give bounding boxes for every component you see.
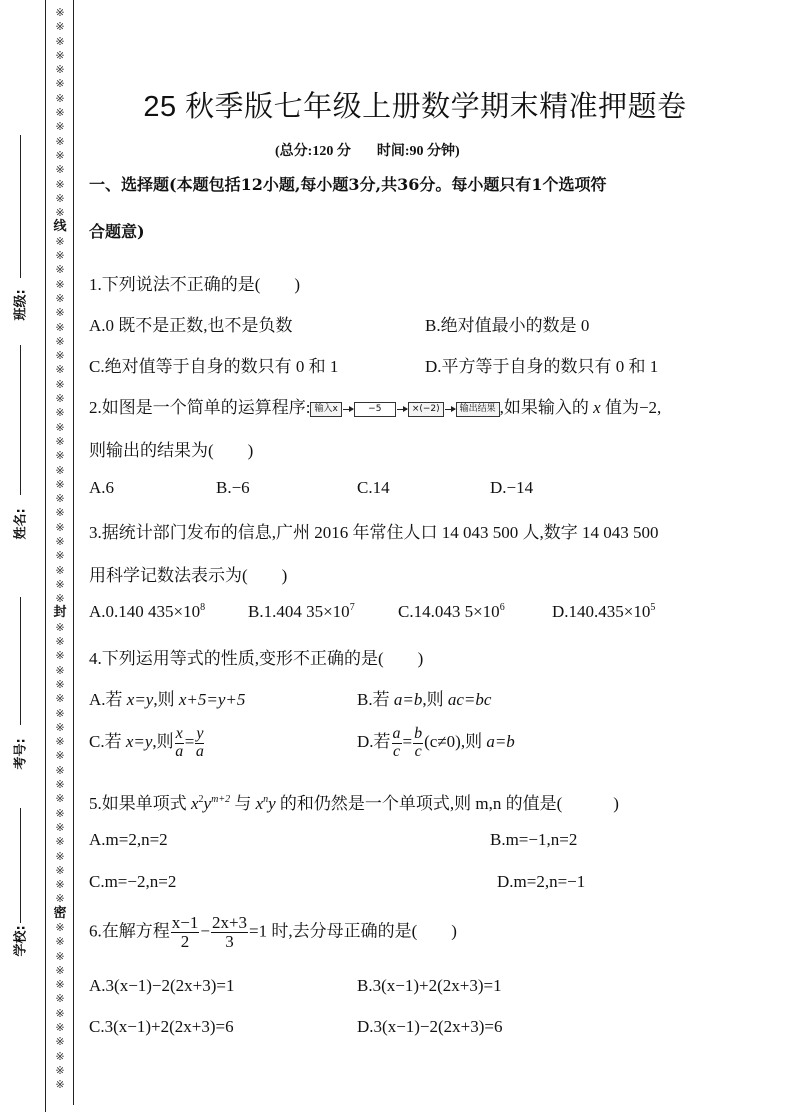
reference-mark-icon: ※ [51,978,69,992]
field-label-name: 姓名: [10,510,29,540]
flow-input-box: 输入x [310,402,341,417]
q6-stem-pre: 6.在解方程 [89,921,170,940]
q5-option-a: A.m=2,n=2 [89,830,168,850]
q4-c-prefix: C.若 [89,732,126,751]
field-label-school: 学校: [10,927,29,957]
reference-mark-icon: ※ [51,464,69,478]
q4-a-prefix: A.若 [89,690,127,709]
reference-mark-icon: ※ [51,892,69,906]
q4-b-mid: ,则 [422,690,448,709]
reference-mark-icon: ※ [51,778,69,792]
reference-mark-icon: ※ [51,278,69,292]
reference-mark-icon: ※ [51,135,69,149]
reference-mark-icon: ※ [51,592,69,606]
reference-mark-icon: ※ [51,149,69,163]
q4-d-prefix: D.若 [357,732,391,751]
seal-word: 线 [51,220,69,234]
reference-mark-icon: ※ [51,1050,69,1064]
field-label-examno: 考号: [10,740,29,770]
q5-option-d: D.m=2,n=−1 [497,872,585,892]
q4-a-cond: x=y [127,690,154,709]
q4-d-fraction-2: bc [413,726,423,761]
q2-stem-text-3: 值为−2, [601,398,662,417]
reference-mark-icon: ※ [51,363,69,377]
q4-d-cond: (c≠0) [424,732,461,751]
reference-mark-icon: ※ [51,749,69,763]
reference-mark-icon: ※ [51,249,69,263]
total-score: (总分:120 分 [275,144,351,159]
reference-mark-icon: ※ [51,49,69,63]
reference-mark-icon: ※ [51,707,69,721]
seal-word: 封 [51,606,69,620]
reference-mark-icon: ※ [51,378,69,392]
q4-b-result: ac=bc [448,690,492,709]
q1-option-b: B.绝对值最小的数是 0 [425,311,589,336]
q2-option-d: D.−14 [490,478,533,498]
q5-option-c: C.m=−2,n=2 [89,872,176,892]
q2-option-a: A.6 [89,478,114,498]
q3-a-exp: 8 [200,602,205,613]
q4-d-fraction-1: ac [392,726,402,761]
reference-mark-icon: ※ [51,435,69,449]
reference-mark-icon: ※ [51,864,69,878]
reference-mark-icon: ※ [51,950,69,964]
q3-option-d: D.140.435×105 [552,602,655,622]
q5-term1-exp2: m+2 [211,794,230,805]
reference-mark-icon: ※ [51,292,69,306]
q5-stem-pre: 5.如果单项式 [89,794,191,813]
reference-mark-icon: ※ [51,621,69,635]
q6-op: − [200,921,210,940]
reference-mark-icon: ※ [51,235,69,249]
q4-option-d: D.若ac=bc(c≠0),则 a=b [357,726,515,761]
q4-c-mid: ,则 [152,732,173,751]
q4-d-eq: = [403,732,413,751]
operation-flowchart: 输入x −5 ×(−2) 输出结果 [310,401,499,417]
q5-term2-y: y [268,794,276,813]
q4-option-b: B.若 a=b,则 ac=bc [357,685,491,710]
reference-mark-icon: ※ [51,921,69,935]
q3-a-text: A.0.140 435×10 [89,602,200,621]
reference-mark-icon: ※ [51,421,69,435]
field-underline-school [20,808,21,923]
page-title: 25 秋季版七年级上册数学期末精准押题卷 [0,84,790,125]
reference-mark-icon: ※ [51,392,69,406]
q2-option-c: C.14 [357,478,390,498]
q6-fraction-2: 2x+33 [211,914,248,951]
q6-option-c: C.3(x−1)+2(2x+3)=6 [89,1017,234,1037]
q4-a-result: x+5=y+5 [179,690,246,709]
q5-term1-y: y [204,794,212,813]
reference-mark-icon: ※ [51,178,69,192]
reference-mark-icon: ※ [51,535,69,549]
q3-c-exp: 6 [500,602,505,613]
question-2-stem: 2.如图是一个简单的运算程序: 输入x −5 ×(−2) 输出结果 ,如果输入的… [89,393,661,418]
reference-mark-icon: ※ [51,521,69,535]
question-5-stem: 5.如果单项式 x2ym+2 与 xny 的和仍然是一个单项式,则 m,n 的值… [89,789,619,814]
field-underline-examno [20,597,21,725]
q3-d-text: D.140.435×10 [552,602,650,621]
q3-option-c: C.14.043 5×106 [398,602,505,622]
reference-mark-icon: ※ [51,564,69,578]
q3-c-text: C.14.043 5×10 [398,602,500,621]
reference-mark-icon: ※ [51,835,69,849]
q4-c-cond: x=y [126,732,153,751]
reference-mark-icon: ※ [51,807,69,821]
reference-mark-icon: ※ [51,1035,69,1049]
reference-mark-icon: ※ [51,63,69,77]
question-4-stem: 4.下列运用等式的性质,变形不正确的是( ) [89,644,423,669]
reference-mark-icon: ※ [51,721,69,735]
reference-mark-icon: ※ [51,964,69,978]
reference-mark-icon: ※ [51,1078,69,1092]
q6-option-d: D.3(x−1)−2(2x+3)=6 [357,1017,503,1037]
q3-option-b: B.1.404 35×107 [248,602,355,622]
reference-mark-icon: ※ [51,549,69,563]
reference-mark-icon: ※ [51,878,69,892]
q3-d-exp: 5 [650,602,655,613]
q4-b-prefix: B.若 [357,690,394,709]
reference-mark-icon: ※ [51,664,69,678]
reference-mark-icon: ※ [51,506,69,520]
time-limit: 时间:90 分钟) [377,144,460,159]
field-underline-class [20,135,21,278]
reference-mark-icon: ※ [51,764,69,778]
q4-option-c: C.若 x=y,则xa=ya [89,726,205,761]
reference-mark-icon: ※ [51,449,69,463]
q2-option-b: B.−6 [216,478,250,498]
reference-mark-icon: ※ [51,163,69,177]
q3-b-exp: 7 [350,602,355,613]
section-heading-cont: 合题意) [89,219,145,242]
q6-option-a: A.3(x−1)−2(2x+3)=1 [89,976,235,996]
reference-mark-icon: ※ [51,478,69,492]
reference-mark-icon: ※ [51,992,69,1006]
q5-option-b: B.m=−1,n=2 [490,830,577,850]
binding-marks: ※※※※※※※※※※※※※※※线※※※※※※※※※※※※※※※※※※※※※※※※… [51,6,69,1093]
reference-mark-icon: ※ [51,850,69,864]
flow-subtract-box: −5 [354,402,396,417]
q4-a-mid: ,则 [153,690,179,709]
q5-term2-x: x [256,794,264,813]
q4-c-fraction-2: ya [195,726,204,761]
reference-mark-icon: ※ [51,635,69,649]
reference-mark-icon: ※ [51,263,69,277]
seal-word: 密 [51,907,69,921]
reference-mark-icon: ※ [51,349,69,363]
reference-mark-icon: ※ [51,578,69,592]
q5-stem-mid: 与 [230,794,256,813]
arrow-right-icon [397,409,407,410]
question-1-stem: 1.下列说法不正确的是( ) [89,270,300,295]
q2-var: x [593,398,601,417]
reference-mark-icon: ※ [51,692,69,706]
question-6-stem: 6.在解方程x−12−2x+33=1 时,去分母正确的是( ) [89,914,457,951]
question-3-stem-line2: 用科学记数法表示为( ) [89,561,287,586]
q2-stem-text-2: ,如果输入的 [500,398,594,417]
reference-mark-icon: ※ [51,192,69,206]
flow-multiply-box: ×(−2) [408,402,444,417]
arrow-right-icon [343,409,353,410]
q4-option-a: A.若 x=y,则 x+5=y+5 [89,685,245,710]
q2-stem-text: 2.如图是一个简单的运算程序: [89,398,310,417]
reference-mark-icon: ※ [51,821,69,835]
reference-mark-icon: ※ [51,1064,69,1078]
reference-mark-icon: ※ [51,492,69,506]
reference-mark-icon: ※ [51,792,69,806]
flow-output-box: 输出结果 [456,402,500,417]
section-heading: 一、选择题(本题包括12小题,每小题3分,共36分。每小题只有1个选项符 [89,172,607,195]
q4-b-cond: a=b [394,690,422,709]
question-2-stem-line2: 则输出的结果为( ) [89,436,253,461]
q3-b-text: B.1.404 35×10 [248,602,350,621]
reference-mark-icon: ※ [51,1021,69,1035]
reference-mark-icon: ※ [51,678,69,692]
q4-c-fraction-1: xa [175,726,184,761]
q6-stem-post: =1 时,去分母正确的是( ) [249,921,457,940]
q5-stem-post: 的和仍然是一个单项式,则 m,n 的值是( ) [276,794,619,813]
field-underline-name [20,345,21,495]
binding-line-left [45,0,46,1112]
reference-mark-icon: ※ [51,20,69,34]
question-3-stem: 3.据统计部门发布的信息,广州 2016 年常住人口 14 043 500 人,… [89,518,659,543]
reference-mark-icon: ※ [51,6,69,20]
q4-d-result: a=b [486,732,514,751]
q1-option-c: C.绝对值等于自身的数只有 0 和 1 [89,352,338,377]
reference-mark-icon: ※ [51,935,69,949]
reference-mark-icon: ※ [51,649,69,663]
reference-mark-icon: ※ [51,735,69,749]
exam-info: (总分:120 分时间:90 分钟) [275,140,460,160]
field-label-class: 班级: [10,291,29,321]
q6-fraction-1: x−12 [171,914,200,951]
q1-option-d: D.平方等于自身的数只有 0 和 1 [425,352,658,377]
q6-option-b: B.3(x−1)+2(2x+3)=1 [357,976,502,996]
reference-mark-icon: ※ [51,306,69,320]
q3-option-a: A.0.140 435×108 [89,602,205,622]
reference-mark-icon: ※ [51,321,69,335]
binding-line-right [73,0,74,1105]
q5-term1-x: x [191,794,199,813]
q4-d-mid: ,则 [461,732,487,751]
reference-mark-icon: ※ [51,35,69,49]
reference-mark-icon: ※ [51,1007,69,1021]
q4-c-eq: = [185,732,195,751]
arrow-right-icon [445,409,455,410]
reference-mark-icon: ※ [51,406,69,420]
q1-option-a: A.0 既不是正数,也不是负数 [89,311,293,336]
reference-mark-icon: ※ [51,335,69,349]
